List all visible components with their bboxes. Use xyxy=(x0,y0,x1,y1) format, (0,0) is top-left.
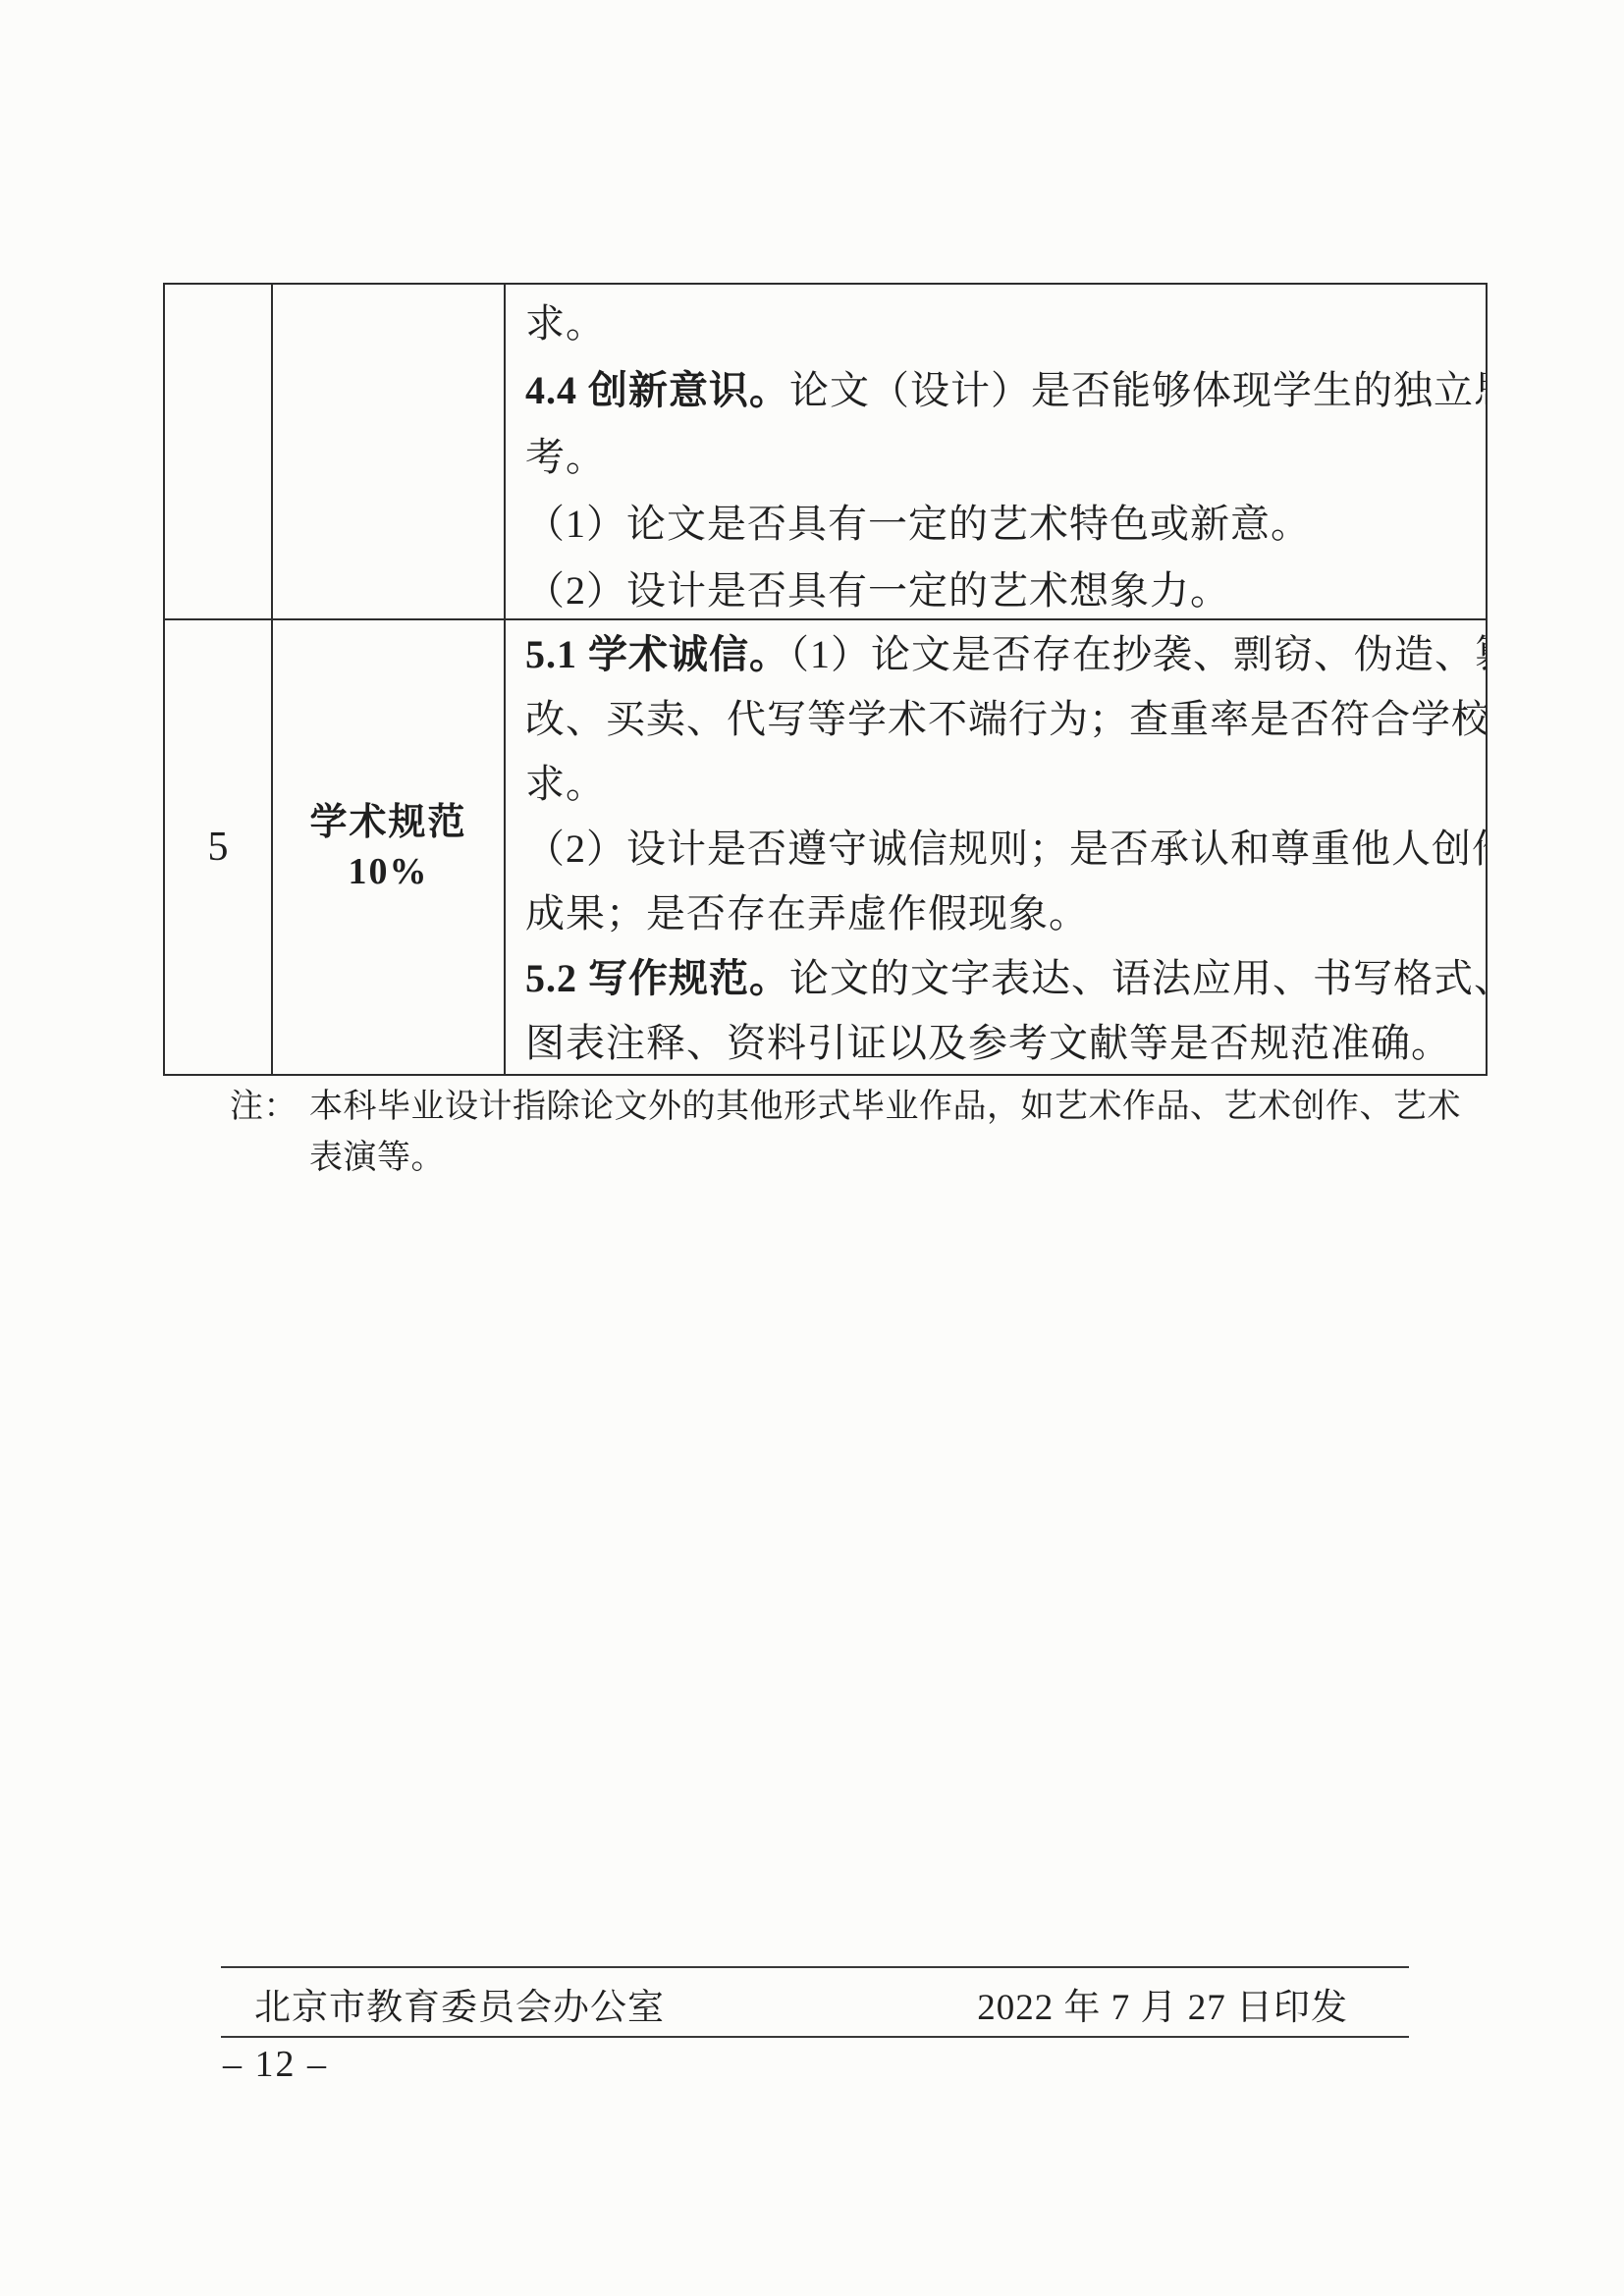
cell-item-number: 5 xyxy=(165,620,273,1074)
footnote-line-1: 本科毕业设计指除论文外的其他形式毕业作品，如艺术作品、艺术创作、艺术 xyxy=(309,1082,1461,1133)
cell-criteria-text: 5.1 学术诚信。（1）论文是否存在抄袭、剽窃、伪造、篡改、买卖、代写等学术不端… xyxy=(506,620,1486,1074)
table-row-item5: 5 学术规范 10% 5.1 学术诚信。（1）论文是否存在抄袭、剽窃、伪造、篡改… xyxy=(165,618,1486,1074)
footer-row: 北京市教育委员会办公室 2022 年 7 月 27 日印发 xyxy=(221,1973,1409,2034)
footer-top-rule xyxy=(221,1966,1409,1968)
page-number: – 12 – xyxy=(223,2042,328,2087)
footnote-line-2: 表演等。 xyxy=(309,1133,1461,1184)
criteria-text-line: 4.4 创新意识。论文（设计）是否能够体现学生的独立思 xyxy=(525,357,1478,424)
table-row-item4-continued: 求。4.4 创新意识。论文（设计）是否能够体现学生的独立思考。（1）论文是否具有… xyxy=(165,285,1486,618)
cell-criteria-text: 求。4.4 创新意识。论文（设计）是否能够体现学生的独立思考。（1）论文是否具有… xyxy=(506,285,1486,618)
issue-date: 2022 年 7 月 27 日印发 xyxy=(977,1977,1348,2030)
category-weight: 10% xyxy=(349,847,429,896)
criteria-text-line: 考。 xyxy=(525,424,1478,491)
issuing-office: 北京市教育委员会办公室 xyxy=(254,1977,665,2030)
criteria-text-line: 求。 xyxy=(525,291,1478,357)
criteria-text-line: 5.2 写作规范。论文的文字表达、语法应用、书写格式、 xyxy=(525,946,1478,1011)
criteria-text-line: 5.1 学术诚信。（1）论文是否存在抄袭、剽窃、伪造、篡 xyxy=(525,622,1478,687)
criteria-text-line: （2）设计是否遵守诚信规则；是否承认和尊重他人创作 xyxy=(525,817,1478,881)
evaluation-table: 求。4.4 创新意识。论文（设计）是否能够体现学生的独立思考。（1）论文是否具有… xyxy=(163,283,1488,1076)
criteria-text-line: 求。 xyxy=(525,752,1478,817)
criteria-text-line: 改、买卖、代写等学术不端行为；查重率是否符合学校要 xyxy=(525,687,1478,752)
footnote-label: 注： xyxy=(230,1082,298,1184)
criteria-text-line: （2）设计是否具有一定的艺术想象力。 xyxy=(525,558,1478,618)
cell-category xyxy=(273,285,506,618)
scanned-document-page: 求。4.4 创新意识。论文（设计）是否能够体现学生的独立思考。（1）论文是否具有… xyxy=(0,0,1624,2296)
table-footnote: 注： 本科毕业设计指除论文外的其他形式毕业作品，如艺术作品、艺术创作、艺术 表演… xyxy=(230,1082,1467,1184)
criteria-text-line: 图表注释、资料引证以及参考文献等是否规范准确。 xyxy=(525,1011,1478,1074)
category-name: 学术规范 xyxy=(309,798,466,847)
cell-item-number xyxy=(165,285,273,618)
criteria-text-line: 成果；是否存在弄虚作假现象。 xyxy=(525,881,1478,946)
criteria-text-line: （1）论文是否具有一定的艺术特色或新意。 xyxy=(525,491,1478,558)
cell-category: 学术规范 10% xyxy=(273,620,506,1074)
footnote-text: 本科毕业设计指除论文外的其他形式毕业作品，如艺术作品、艺术创作、艺术 表演等。 xyxy=(309,1082,1461,1184)
footer-bottom-rule xyxy=(221,2036,1409,2038)
